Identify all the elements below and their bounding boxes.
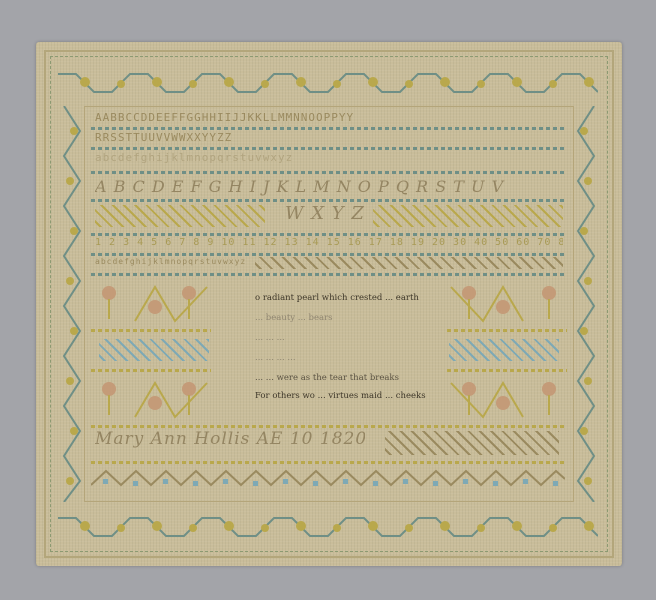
alphabet-uppercase-row-2: RRSSTTUUVVWWXXYYZZ [95,131,563,144]
central-panel: AABBCCDDEEFFGGHHIIJJKKLLMMNNOOPPYY RRSST… [84,106,574,502]
left-border-band [58,106,86,502]
yellow-separator-left [91,329,211,332]
yellow-separator [91,461,567,464]
row-separator [91,253,567,256]
alphabet-uppercase-row-1: AABBCCDDEEFFGGHHIIJJKKLLMMNNOOPPYY [95,111,563,124]
tan-fret-band [255,257,563,269]
wave-diamond-band-icon [91,465,565,491]
script-capitals-wxyz: W X Y Z [285,203,365,224]
zigzag-vine-icon [58,70,598,96]
yellow-separator-left [91,369,211,372]
yellow-separator-right [447,329,567,332]
right-vine-icon [572,106,600,502]
verse-line-4: ... ... ... ... [255,353,515,363]
verse-line-6: For others wo ... virtues maid ... cheek… [255,391,515,401]
verse-line-5: ... ... were as the tear that breaks [255,373,515,383]
bottom-border-band [58,504,600,548]
row-separator [91,147,567,150]
alphabet-lowercase-faded-row: abcdefghijklmnopqrstuvwxyz [95,151,563,164]
row-separator [91,233,567,236]
yellow-fret-band-left [95,205,265,227]
flower-vase-motif-left-top [95,279,215,325]
yellow-separator-right [447,369,567,372]
verse-line-2: ... beauty ... bears [255,313,515,323]
verse-line-1: o radiant pearl which crested ... earth [255,293,515,303]
numerals-row: 1 2 3 4 5 6 7 8 9 10 11 12 13 14 15 16 1… [95,237,563,248]
row-separator [91,127,567,130]
yellow-fret-band-right [373,205,563,227]
top-border-band [58,60,600,104]
zigzag-vine-icon [58,514,598,540]
flower-vase-motif-left-bottom [95,375,215,421]
signature: Mary Ann Hollis AE 10 1820 [95,429,365,449]
row-separator [91,199,567,202]
tan-fret-motif-signature [385,431,559,455]
row-separator [91,273,567,276]
alphabet-lowercase-small-row: abcdefghijklmnopqrstuvwxyz [95,257,245,266]
verse-line-3: ... ... ... [255,333,515,343]
row-separator [91,171,567,174]
left-vine-icon [58,106,86,502]
script-capitals-row: A B C D E F G H I J K L M N O P Q R S T … [95,177,563,196]
blue-fret-motif-left [99,339,209,361]
yellow-separator [91,425,567,428]
sampler-cloth: AABBCCDDEEFFGGHHIIJJKKLLMMNNOOPPYY RRSST… [36,42,622,566]
right-border-band [572,106,600,502]
